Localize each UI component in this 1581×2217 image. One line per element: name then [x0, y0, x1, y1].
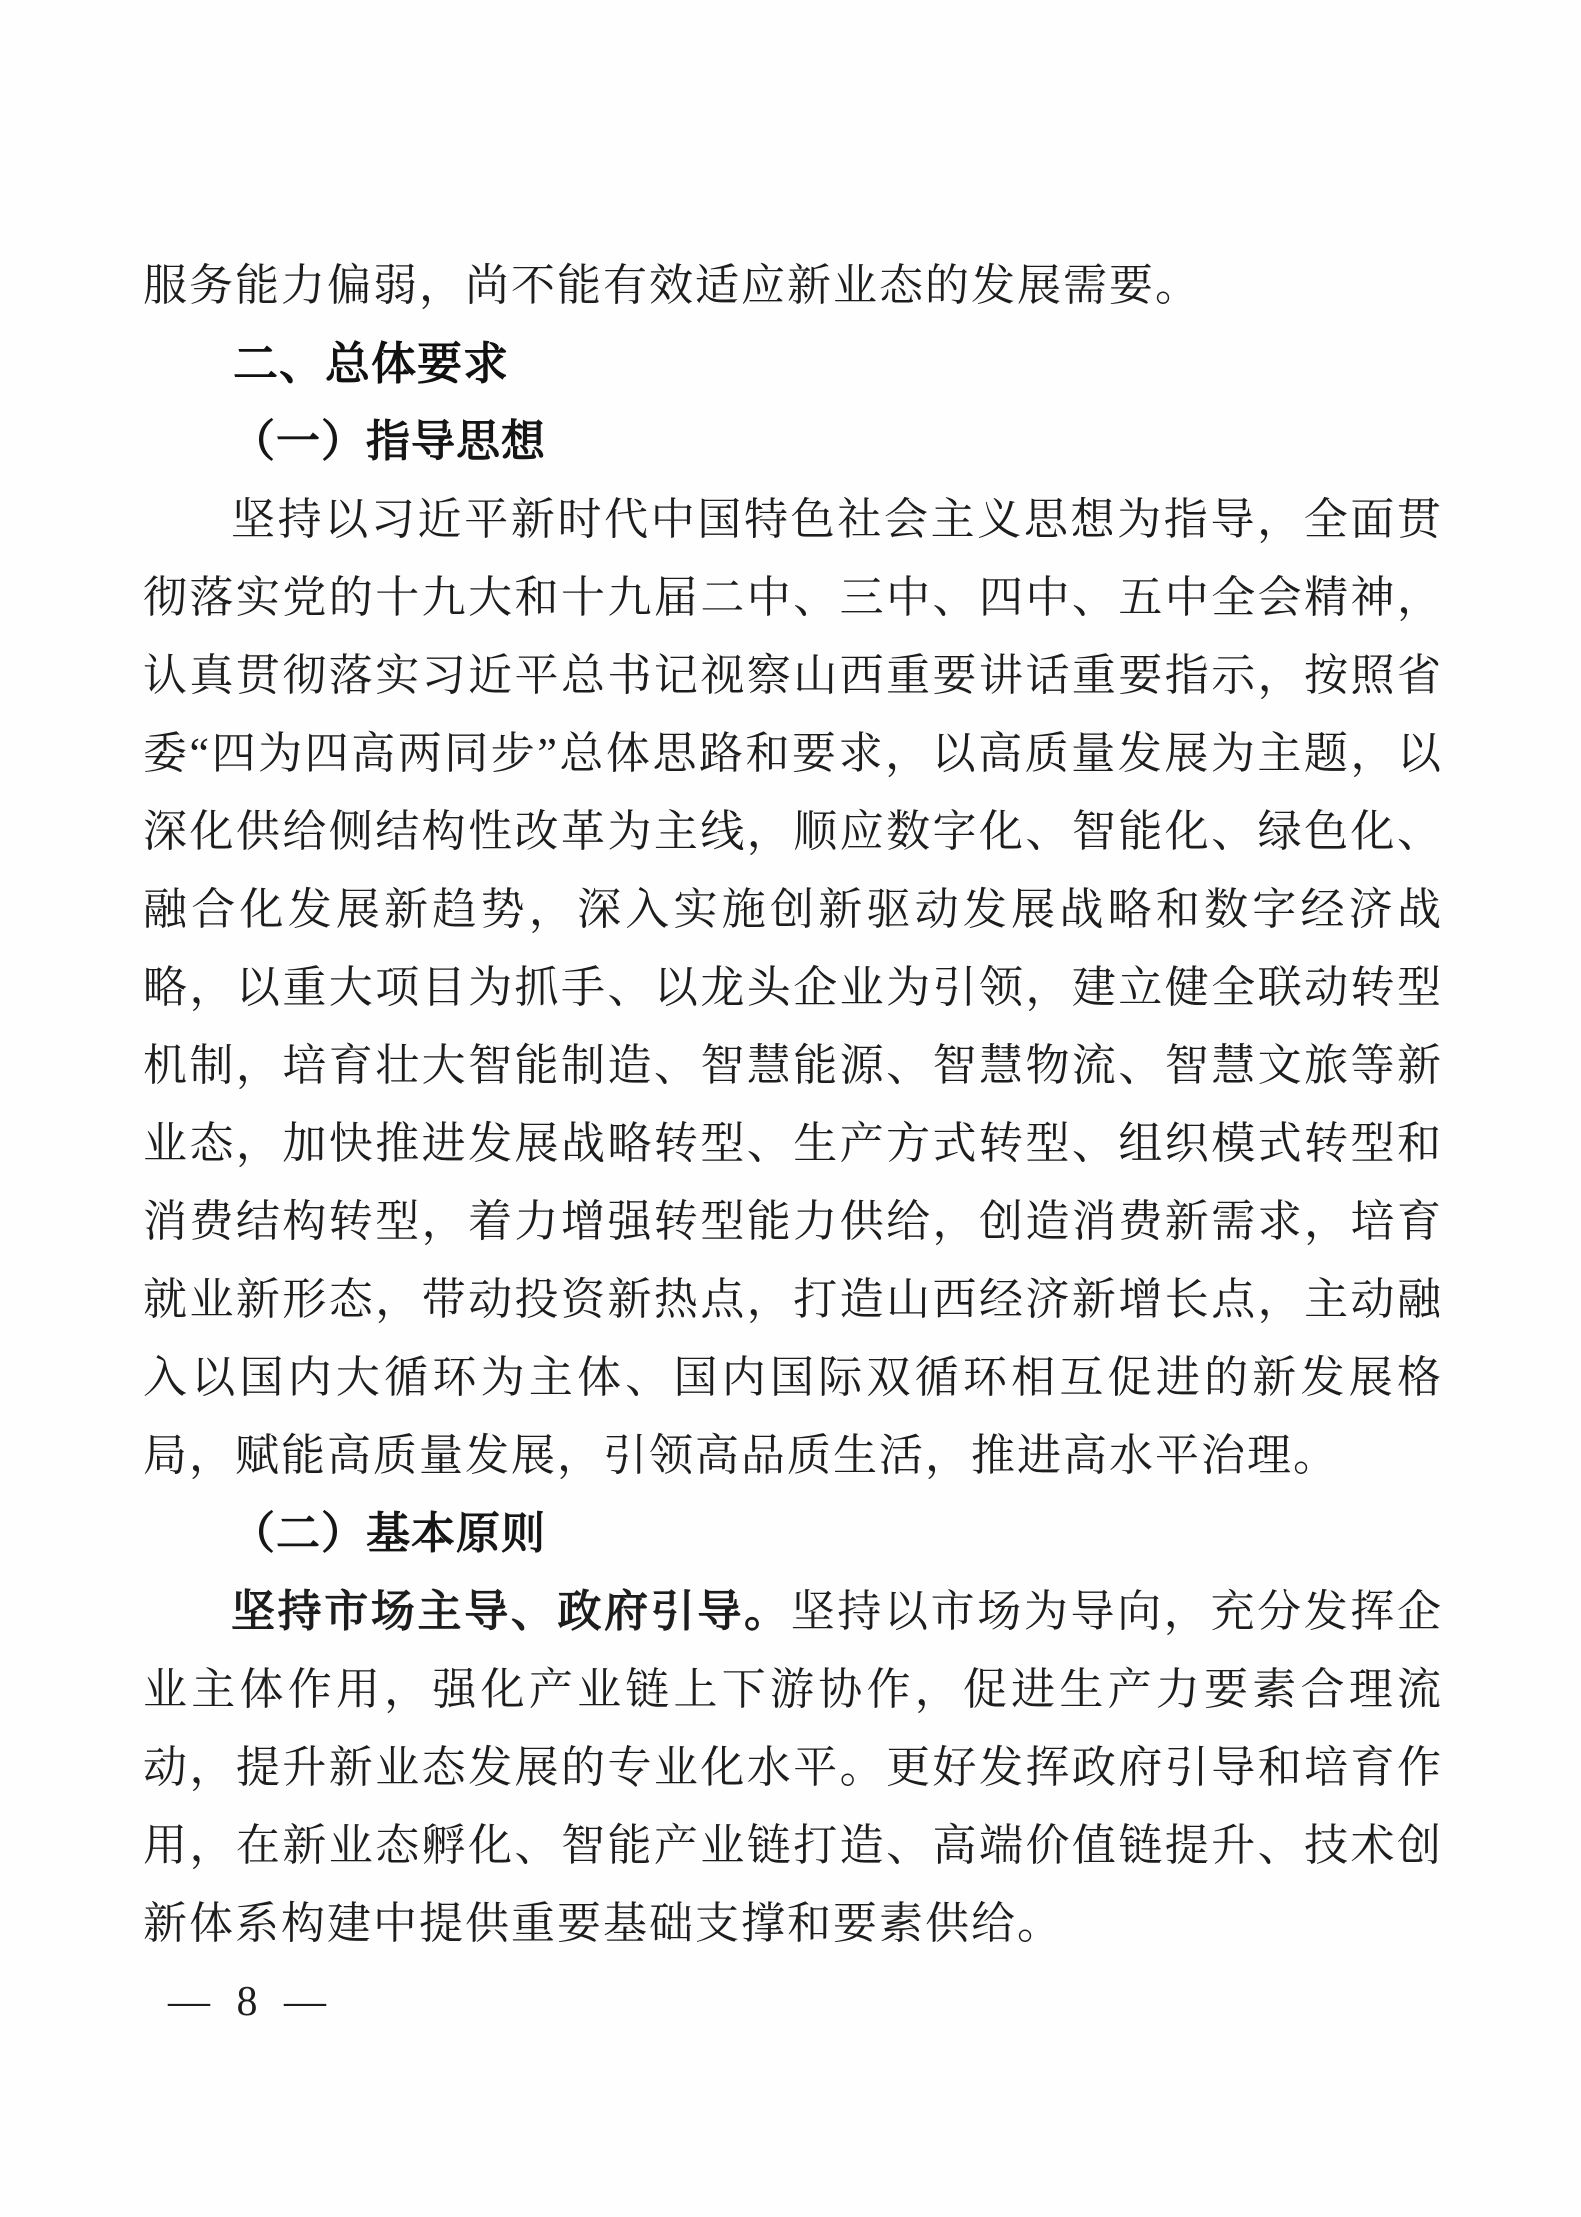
- subsection-2-heading: （二）基本原则: [143, 1495, 1443, 1573]
- document-page: 服务能力偏弱，尚不能有效适应新业态的发展需要。 二、总体要求 （一）指导思想 坚…: [0, 0, 1581, 2217]
- intro-paragraph: 服务能力偏弱，尚不能有效适应新业态的发展需要。: [143, 247, 1443, 325]
- subsection-2-body-text: 坚持以市场为导向，充分发挥企业主体作用，强化产业链上下游协作，促进生产力要素合理…: [143, 1587, 1443, 1948]
- page-number: — 8 —: [168, 1963, 334, 2041]
- subsection-1-heading: （一）指导思想: [143, 403, 1443, 481]
- subsection-1-body: 坚持以习近平新时代中国特色社会主义思想为指导，全面贯彻落实党的十九大和十九届二中…: [143, 481, 1443, 1495]
- subsection-2-body: 坚持市场主导、政府引导。坚持以市场为导向，充分发挥企业主体作用，强化产业链上下游…: [143, 1573, 1443, 1963]
- section-heading: 二、总体要求: [143, 325, 1443, 403]
- subsection-2-lead-phrase: 坚持市场主导、政府引导。: [231, 1587, 791, 1636]
